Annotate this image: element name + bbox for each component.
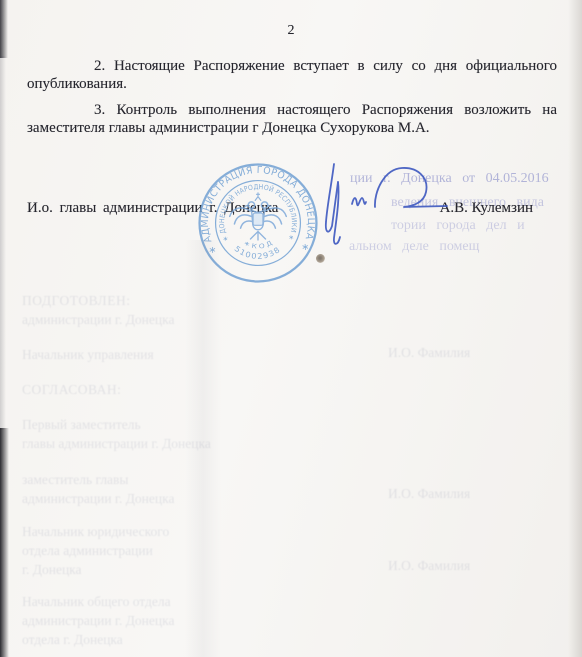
paragraph-3-line-1: 3. Контроль выполнения настоящего Распор… bbox=[27, 101, 557, 119]
paragraph-3: 3. Контроль выполнения настоящего Распор… bbox=[27, 101, 557, 137]
ghost-text-line: администрации г. Донецка bbox=[22, 613, 174, 629]
paper-fold-shadow bbox=[185, 240, 221, 657]
ghost-text-line: администрации г. Донецка bbox=[22, 312, 174, 328]
ghost-text-line: Начальник общего отдела bbox=[22, 594, 171, 610]
paragraph-3-line-2: заместителя главы администрации г Донецк… bbox=[27, 119, 557, 137]
double-headed-eagle-emblem bbox=[230, 193, 287, 240]
scan-edge-shadow-right bbox=[568, 0, 582, 657]
ghost-text-line: администрации г. Донецка bbox=[22, 491, 174, 507]
scan-vignette bbox=[0, 0, 582, 657]
ghost-text-line: Первый заместитель bbox=[22, 417, 141, 433]
scan-edge-shadow-bottom-left bbox=[0, 428, 9, 657]
scan-edge-shadow-top-left bbox=[0, 0, 8, 58]
paragraph-2-line-1: 2. Настоящие Распоряжение вступает в сил… bbox=[27, 57, 557, 75]
paper-hole-dot bbox=[316, 254, 325, 263]
ghost-text-line: главы администрации г. Донецка bbox=[22, 436, 211, 452]
ghost-text-line: И.О. Фамилия bbox=[388, 558, 470, 574]
ghost-text-line: ПОДГОТОВЛЕН: bbox=[22, 293, 130, 309]
paragraph-2-line-2: опубликования. bbox=[27, 75, 557, 93]
ghost-text-line: СОГЛАСОВАН: bbox=[22, 382, 121, 398]
ghost-text-line: отдела администрации bbox=[22, 543, 153, 559]
ghost-text-line: Начальник юридического bbox=[22, 524, 169, 540]
scanned-document-page: { "page": { "number": "2" }, "body": { "… bbox=[0, 0, 582, 657]
ghost-text-line: заместитель главы bbox=[22, 472, 129, 488]
handwritten-signature bbox=[312, 152, 462, 262]
ghost-text-line: отдела г. Донецка bbox=[22, 632, 123, 648]
paragraph-2: 2. Настоящие Распоряжение вступает в сил… bbox=[27, 57, 557, 93]
ghost-text-line: Начальник управления bbox=[22, 347, 154, 363]
page-number: 2 bbox=[0, 22, 582, 40]
scan-edge-shadow-left bbox=[0, 56, 6, 430]
ghost-text-line: И.О. Фамилия bbox=[388, 486, 470, 502]
ghost-text-line: г. Донецка bbox=[22, 562, 82, 578]
ghost-text-line: И.О. Фамилия bbox=[388, 345, 470, 361]
